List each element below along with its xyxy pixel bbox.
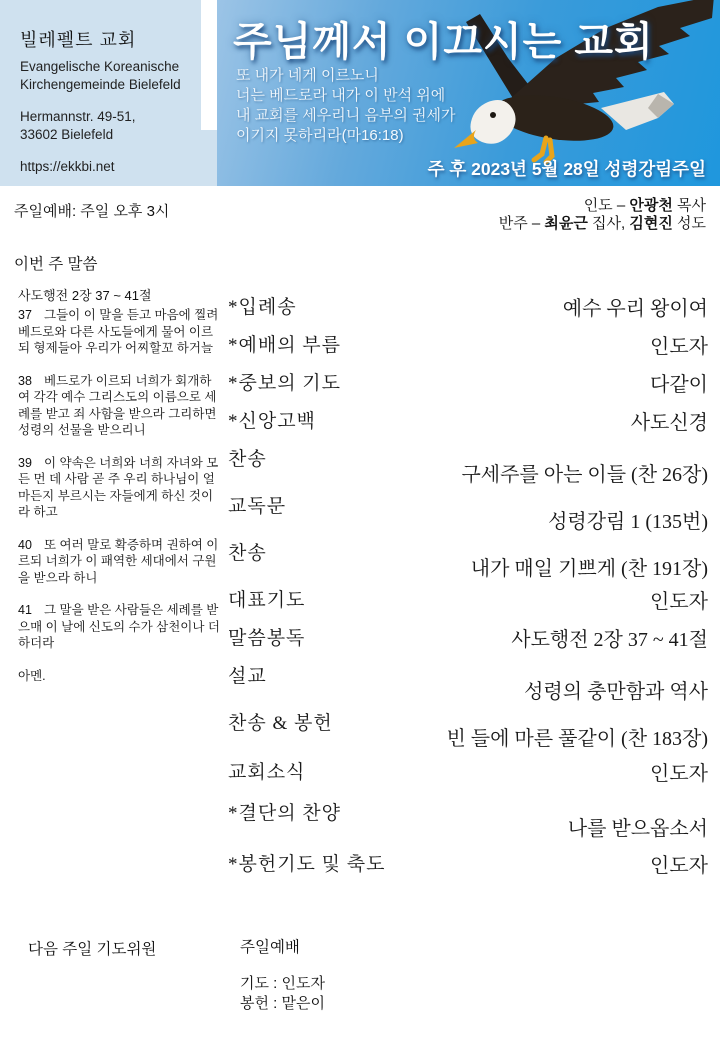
worship-item-value: 인도자 (650, 334, 708, 361)
verse-number: 38 (18, 373, 44, 390)
worship-item-value: 나를 받으옵소서 (568, 816, 708, 843)
worship-item-value: 빈 들에 마른 풀같이 (찬 183장) (446, 726, 708, 753)
worship-row: 찬송 내가 매일 기쁘게 (찬 191장) (228, 542, 708, 583)
worship-row: *신앙고백 사도신경 (228, 410, 708, 437)
order-of-worship: *입례송 예수 우리 왕이여 *예배의 부름 인도자 *중보의 기도 다같이 *… (228, 296, 708, 891)
worship-item-value: 예수 우리 왕이여 (563, 296, 708, 323)
scripture-reference: 사도행전 2장 37 ~ 41절 (18, 285, 152, 304)
worship-item-value: 구세주를 아는 이들 (찬 26장) (461, 462, 708, 489)
church-address: Hermannstr. 49-51, 33602 Bielefeld (20, 108, 191, 144)
worship-item-label: 찬송 & 봉헌 (228, 712, 333, 736)
church-subtitle: Evangelische Koreanische Kirchengemeinde… (20, 58, 191, 94)
verse-number: 40 (18, 537, 44, 554)
banner-verse-line1: 또 내가 네게 이르노니 (236, 66, 456, 86)
accompanist-name-1: 최윤근 (544, 215, 587, 232)
verse-text: 또 여러 말로 확증하며 권하여 이르되 너희가 이 패역한 세대에서 구원을 … (18, 538, 218, 585)
verse-text: 베드로가 이르되 너희가 회개하여 각각 예수 그리스도의 이름으로 세례를 받… (18, 374, 217, 438)
worship-item-value: 성령의 충만함과 역사 (524, 679, 708, 706)
leader-name: 안광천 (629, 197, 672, 214)
worship-row: 교독문 성령강림 1 (135번) (228, 495, 708, 536)
verse-number: 41 (18, 602, 44, 619)
verse-text: 그들이 이 말을 듣고 마음에 찔려 베드로와 다른 사도들에게 물어 이르되 … (18, 308, 218, 355)
worship-item-label: *결단의 찬양 (228, 802, 341, 826)
worship-row: 설교 성령의 충만함과 역사 (228, 665, 708, 706)
footer-offering-line: 봉헌 : 맡은이 (240, 994, 325, 1014)
header-banner: 주님께서 이끄시는 교회 또 내가 네게 이르노니 너는 베드로라 내가 이 반… (217, 0, 720, 186)
church-bulletin-page: { "church_card": { "name": "빌레펠트 교회", "s… (0, 0, 720, 1040)
verse-text: 그 말을 받은 사람들은 세례를 받으매 이 날에 신도의 수가 삼천이나 더하… (18, 603, 220, 650)
verse-text: 이 약속은 너희와 너희 자녀와 모든 먼 데 사람 곧 주 우리 하나님이 얼… (18, 456, 218, 520)
footer-prayer-line: 기도 : 인도자 (240, 974, 325, 994)
next-week-prayer-title: 다음 주일 기도위원 (28, 937, 156, 959)
verse-number: 39 (18, 455, 44, 472)
worship-item-label: 대표기도 (228, 589, 305, 613)
church-name: 빌레펠트 교회 (20, 26, 191, 52)
worship-row: 찬송 & 봉헌 빈 들에 마른 풀같이 (찬 183장) (228, 712, 708, 753)
scripture-verses: 37그들이 이 말을 듣고 마음에 찔려 베드로와 다른 사도들에게 물어 이르… (18, 307, 220, 684)
church-subtitle-line1: Evangelische Koreanische (20, 58, 191, 76)
church-subtitle-line2: Kirchengemeinde Bielefeld (20, 76, 191, 94)
worship-row: *결단의 찬양 나를 받으옵소서 (228, 802, 708, 843)
worship-item-value: 인도자 (650, 853, 708, 880)
worship-row: *봉헌기도 및 축도 인도자 (228, 853, 708, 880)
worship-row: 교회소식 인도자 (228, 761, 708, 788)
worship-item-value: 사도신경 (631, 410, 708, 437)
worship-item-label: *입례송 (228, 296, 297, 320)
banner-verse-line2: 너는 베드로라 내가 이 반석 위에 (236, 86, 456, 106)
worship-row: *입례송 예수 우리 왕이여 (228, 296, 708, 323)
worship-item-value: 인도자 (650, 761, 708, 788)
worship-row: *중보의 기도 다같이 (228, 372, 708, 399)
banner-verse-line4: 이기지 못하리라(마16:18) (236, 126, 456, 146)
worship-item-value: 다같이 (650, 372, 708, 399)
worship-item-value: 내가 매일 기쁘게 (찬 191장) (471, 556, 708, 583)
worship-item-label: *예배의 부름 (228, 334, 341, 358)
church-address-line2: 33602 Bielefeld (20, 126, 191, 144)
scripture-verse: 38베드로가 이르되 너희가 회개하여 각각 예수 그리스도의 이름으로 세례를… (18, 373, 220, 439)
banner-title: 주님께서 이끄시는 교회 (233, 10, 654, 67)
banner-verse: 또 내가 네게 이르노니 너는 베드로라 내가 이 반석 위에 내 교회를 세우… (236, 66, 456, 146)
worship-item-value: 성령강림 1 (135번) (548, 509, 708, 536)
worship-row: *예배의 부름 인도자 (228, 334, 708, 361)
worship-item-label: 교독문 (228, 495, 286, 519)
banner-verse-line3: 내 교회를 세우리니 음부의 권세가 (236, 106, 456, 126)
banner-date: 주 후 2023년 5월 28일 성령강림주일 (428, 156, 706, 181)
scripture-verse: 37그들이 이 말을 듣고 마음에 찔려 베드로와 다른 사도들에게 물어 이르… (18, 307, 220, 357)
worship-item-label: *중보의 기도 (228, 372, 341, 396)
church-info-card: 빌레펠트 교회 Evangelische Koreanische Kirchen… (0, 0, 201, 186)
worship-row: 대표기도 인도자 (228, 589, 708, 616)
card-notch (201, 130, 217, 186)
worship-item-label: 설교 (228, 665, 267, 689)
verse-number: 37 (18, 307, 44, 324)
worship-item-value: 인도자 (650, 589, 708, 616)
church-address-line1: Hermannstr. 49-51, (20, 108, 191, 126)
scripture-verse: 41그 말을 받은 사람들은 세례를 받으매 이 날에 신도의 수가 삼천이나 … (18, 602, 220, 652)
accompanist-line: 반주 – 최윤근 집사, 김현진 성도 (499, 215, 706, 233)
worship-item-value: 사도행전 2장 37 ~ 41절 (511, 627, 708, 654)
service-time: 주일예배: 주일 오후 3시 (14, 200, 169, 221)
scripture-heading: 이번 주 말씀 (14, 252, 97, 274)
accompanist-name-2: 김현진 (629, 215, 672, 232)
worship-row: 찬송 구세주를 아는 이들 (찬 26장) (228, 448, 708, 489)
worship-row: 말씀봉독 사도행전 2장 37 ~ 41절 (228, 627, 708, 654)
worship-item-label: 말씀봉독 (228, 627, 305, 651)
service-leaders: 인도 – 안광천 목사 반주 – 최윤근 집사, 김현진 성도 (499, 197, 706, 233)
church-website: https://ekkbi.net (20, 159, 191, 174)
worship-item-label: 교회소식 (228, 761, 305, 785)
footer-assignments: 기도 : 인도자 봉헌 : 맡은이 (240, 974, 325, 1014)
scripture-verse: 40또 여러 말로 확증하며 권하여 이르되 너희가 이 패역한 세대에서 구원… (18, 537, 220, 587)
worship-item-label: 찬송 (228, 542, 267, 566)
footer-service-label: 주일예배 (240, 935, 300, 957)
worship-item-label: *신앙고백 (228, 410, 316, 434)
worship-item-label: *봉헌기도 및 축도 (228, 853, 385, 877)
worship-item-label: 찬송 (228, 448, 267, 472)
scripture-verse: 39이 약속은 너희와 너희 자녀와 모든 먼 데 사람 곧 주 우리 하나님이… (18, 455, 220, 521)
scripture-closing: 아멘. (18, 668, 220, 685)
leader-line: 인도 – 안광천 목사 (499, 197, 706, 215)
